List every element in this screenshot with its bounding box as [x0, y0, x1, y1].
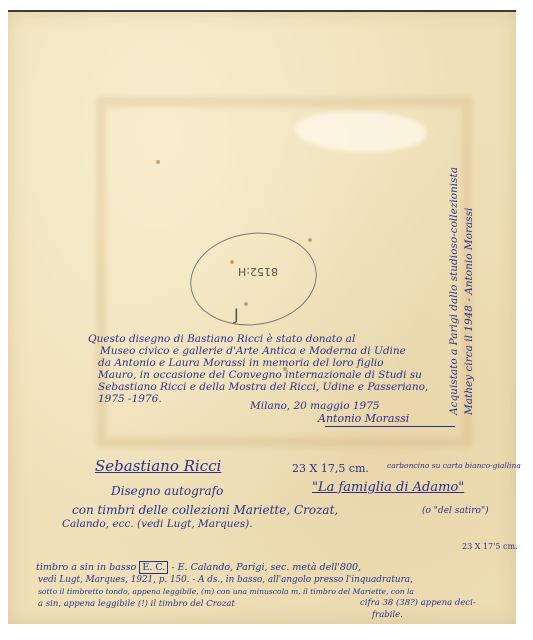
donation-line: da Antonio e Laura Morassi in memoria de… [98, 357, 384, 369]
foxing-spot [156, 160, 160, 164]
drawing-subtitle: Disegno autografo [111, 484, 223, 498]
stamp-line-pre: timbro a sin in basso [36, 562, 136, 573]
signature-underline [325, 426, 455, 427]
stamp-line: sotto il timbretto tondo, appena leggibi… [38, 587, 414, 596]
donation-line: Questo disegno di Bastiano Ricci è stato… [88, 333, 355, 345]
medium: carboncino su carta bianco-giallina [387, 461, 521, 470]
dimensions: 23 X 17,5 cm. [292, 462, 369, 475]
stamp-line-post: - E. Calando, Parigi, sec. metà dell'800… [171, 562, 361, 573]
stamp-line: frabile. [372, 610, 403, 620]
alt-title: (o "del satiro") [422, 506, 489, 516]
artist-name: Sebastiano Ricci [95, 457, 221, 475]
drawing-title: "La famiglia di Adamo" [312, 480, 464, 495]
stamp-line: vedi Lugt, Marques, 1921, p. 150. - A ds… [38, 575, 413, 585]
collections-line: Calando, ecc. (vedi Lugt, Marques). [62, 518, 253, 530]
donation-line: 1975 -1976. [98, 393, 162, 405]
stamp-box: E. C. [139, 561, 168, 574]
collections-line: con timbri delle collezioni Mariette, Cr… [72, 503, 338, 517]
vertical-line-1: Acquistato a Parigi dallo studioso-colle… [448, 167, 460, 415]
inventory-number: 8152:H [238, 265, 278, 278]
place-date: Milano, 20 maggio 1975 [250, 400, 380, 412]
signature: Antonio Morassi [318, 412, 409, 425]
dimensions-small: 23 X 17'5 cm. [462, 542, 518, 551]
foxing-spot [308, 238, 312, 242]
donation-line: Museo civico e gallerie d'Arte Antica e … [100, 345, 406, 357]
stamp-line: a sin, appena leggibile (!) il timbro de… [38, 599, 235, 609]
vertical-note: Acquistato a Parigi dallo studioso-colle… [448, 167, 475, 415]
donation-line: Sebastiano Ricci e della Mostra del Ricc… [98, 381, 428, 393]
donation-line: Mauro, in occasione del Convegno interna… [98, 369, 422, 381]
pencil-mark: J [234, 305, 239, 324]
stamp-line: cifra 38 (38?) appena deci- [360, 598, 476, 608]
vertical-line-2: Mathey circa il 1948 - Antonio Morassi [463, 167, 475, 415]
